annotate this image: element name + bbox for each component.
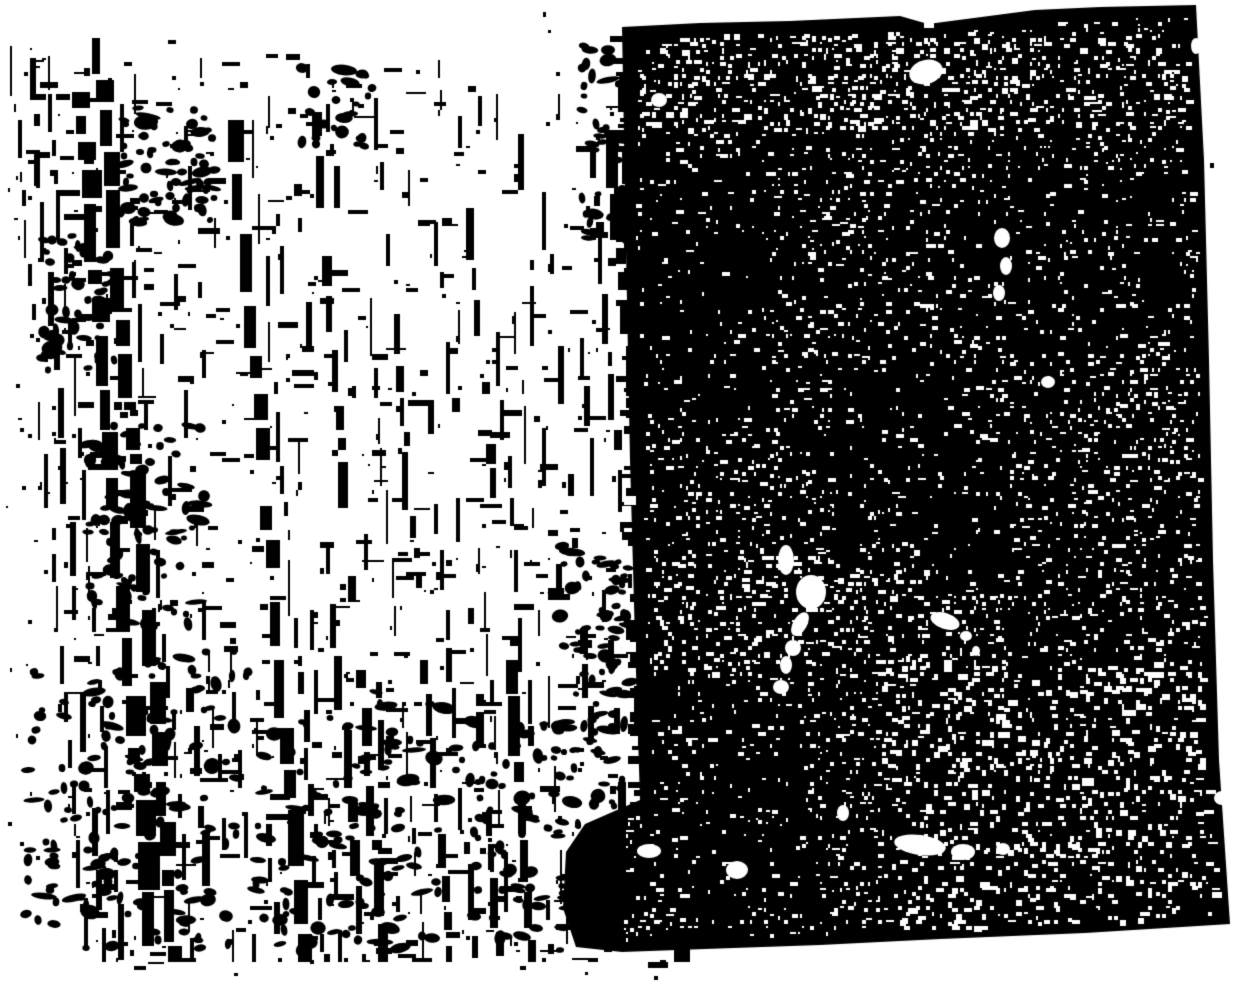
micrograph-figure — [0, 0, 1240, 984]
micrograph-canvas — [0, 0, 1240, 984]
